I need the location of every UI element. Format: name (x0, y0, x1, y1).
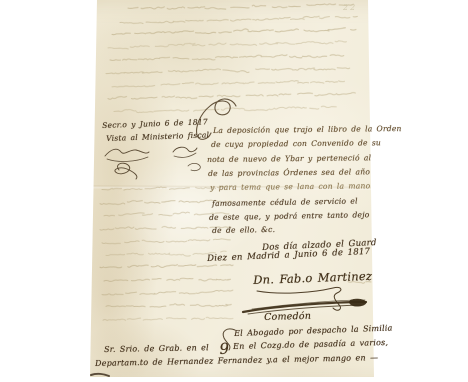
decree-line-3: nota de nuevo de Ybar y perteneció al (207, 153, 371, 164)
folio-number: 22 (343, 3, 357, 12)
bottom-paragraph-large-numeral: 9 (219, 339, 230, 357)
decree-line-4: de las provincias Órdenes sea del año (208, 167, 370, 178)
decree-line-1: La deposición que trajo el libro de la O… (213, 124, 402, 135)
decree-line-8: de de ello. &c. (212, 225, 275, 235)
manuscript-photo: 22 Secr.o y Junio 6 de 1817 Vista al Min… (0, 0, 468, 382)
bottom-paragraph-line-2-left: Sr. Srio. de Grab. en el (104, 343, 209, 354)
decree-line-2: de cuya propiedad con Convenido de su (211, 138, 381, 149)
decree-line-5: y para tema que se lana con la mano (210, 181, 370, 192)
closing-word: Comedón (264, 311, 311, 323)
